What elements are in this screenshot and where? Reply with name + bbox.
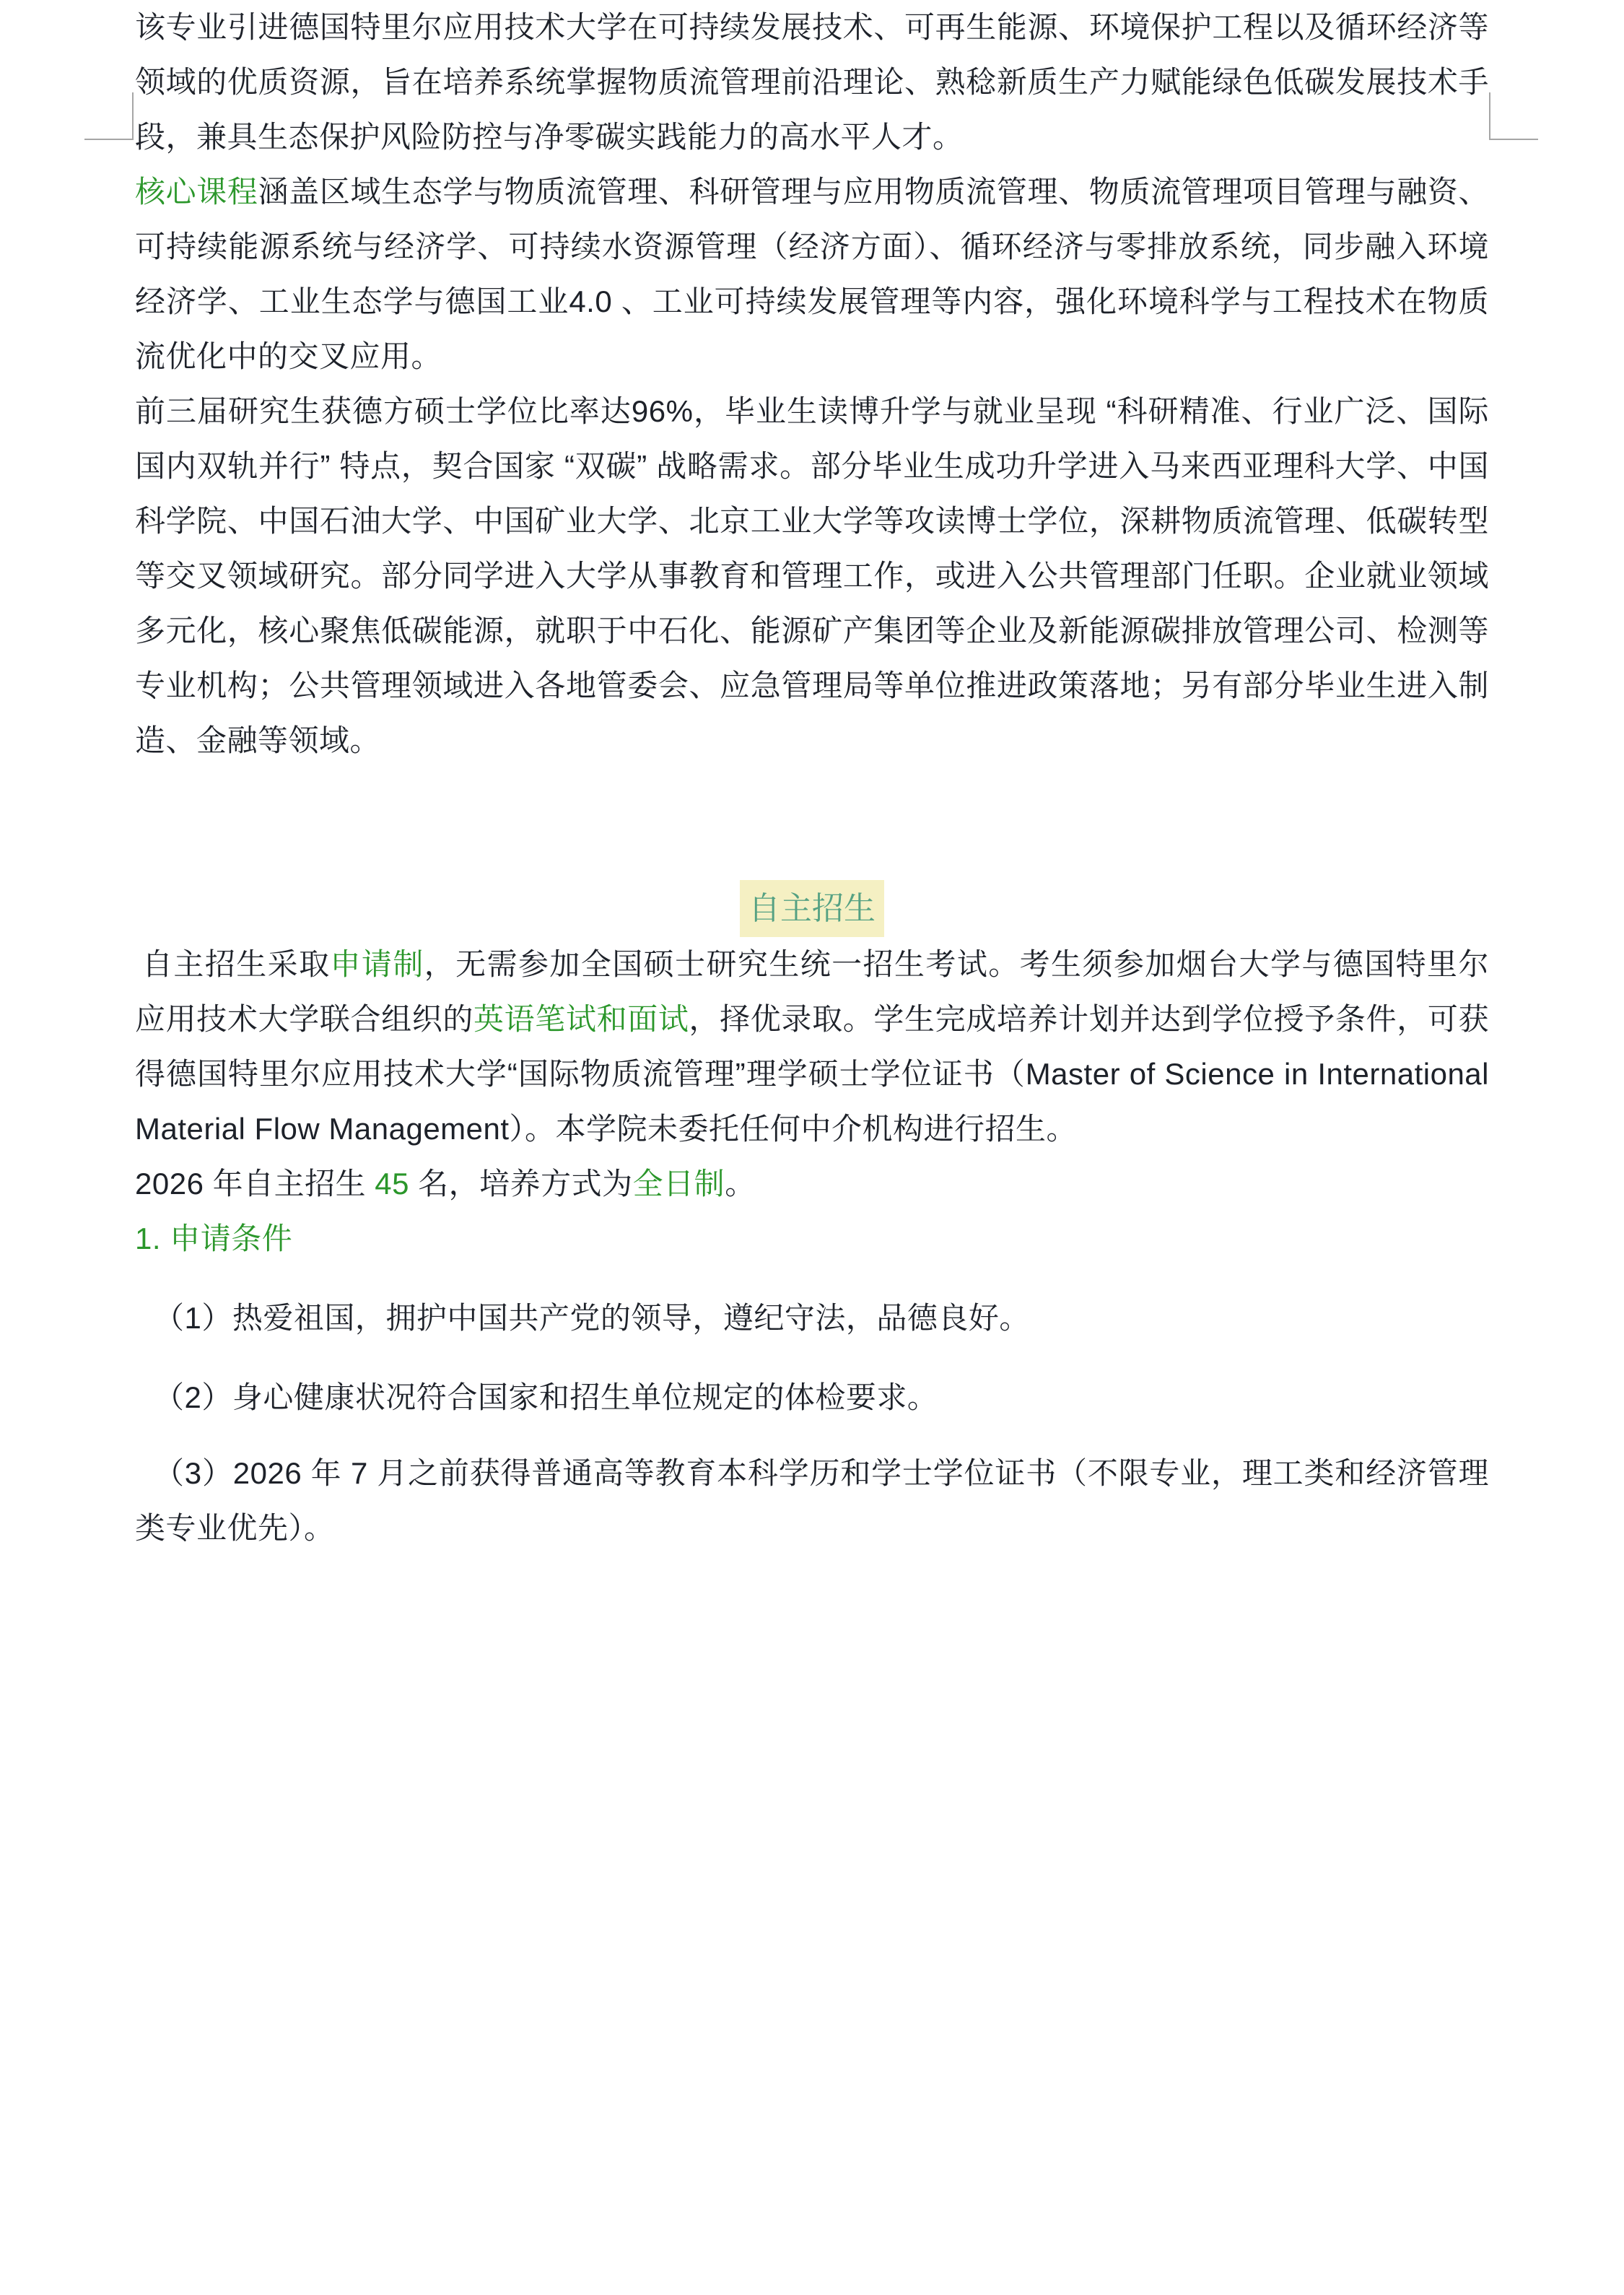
heading-application-conditions: 1. 申请条件 (135, 1211, 1489, 1266)
document-content: 该专业引进德国特里尔应用技术大学在可持续发展技术、可再生能源、环境保护工程以及循… (135, 0, 1489, 1556)
paragraph-core-courses: 核心课程涵盖区域生态学与物质流管理、科研管理与应用物质流管理、物质流管理项目管理… (135, 165, 1489, 384)
paragraph-admission-process: 自主招生采取申请制，无需参加全国硕士研究生统一招生考试。考生须参加烟台大学与德国… (135, 937, 1489, 1157)
admission-text-lead: 自主招生采取 (142, 947, 331, 981)
margin-cropmark-top-left (84, 92, 134, 140)
condition-item-3: （3）2026 年 7 月之前获得普通高等教育本科学历和学士学位证书（不限专业，… (135, 1446, 1489, 1556)
core-courses-text: 涵盖区域生态学与物质流管理、科研管理与应用物质流管理、物质流管理项目管理与融资、… (135, 175, 1489, 373)
quota-text-mid: 名，培养方式为 (409, 1167, 633, 1201)
paragraph-program-intro: 该专业引进德国特里尔应用技术大学在可持续发展技术、可再生能源、环境保护工程以及循… (135, 0, 1489, 165)
condition-item-1: （1）热爱祖国，拥护中国共产党的领导，遵纪守法，品德良好。 (135, 1291, 1489, 1346)
admission-text-english-test: 英语笔试和面试 (473, 1002, 689, 1036)
condition-item-2: （2）身心健康状况符合国家和招生单位规定的体检要求。 (135, 1370, 1489, 1425)
section-title-row: 自主招生 (135, 880, 1489, 937)
quota-text-pre: 2026 年自主招生 (135, 1167, 375, 1201)
paragraph-enrollment-quota: 2026 年自主招生 45 名，培养方式为全日制。 (135, 1157, 1489, 1211)
document-page: 该专业引进德国特里尔应用技术大学在可持续发展技术、可再生能源、环境保护工程以及循… (0, 0, 1624, 2295)
admission-text-application-system: 申请制 (331, 947, 424, 981)
section-title-independent-admission: 自主招生 (740, 880, 884, 937)
quota-text-end: 。 (725, 1167, 756, 1201)
quota-count: 45 (375, 1167, 409, 1201)
paragraph-graduate-outcomes: 前三届研究生获德方硕士学位比率达96%，毕业生读博升学与就业呈现 “科研精准、行… (135, 384, 1489, 768)
margin-cropmark-top-right (1489, 92, 1538, 140)
core-courses-label: 核心课程 (135, 175, 258, 209)
quota-study-mode: 全日制 (633, 1167, 725, 1201)
